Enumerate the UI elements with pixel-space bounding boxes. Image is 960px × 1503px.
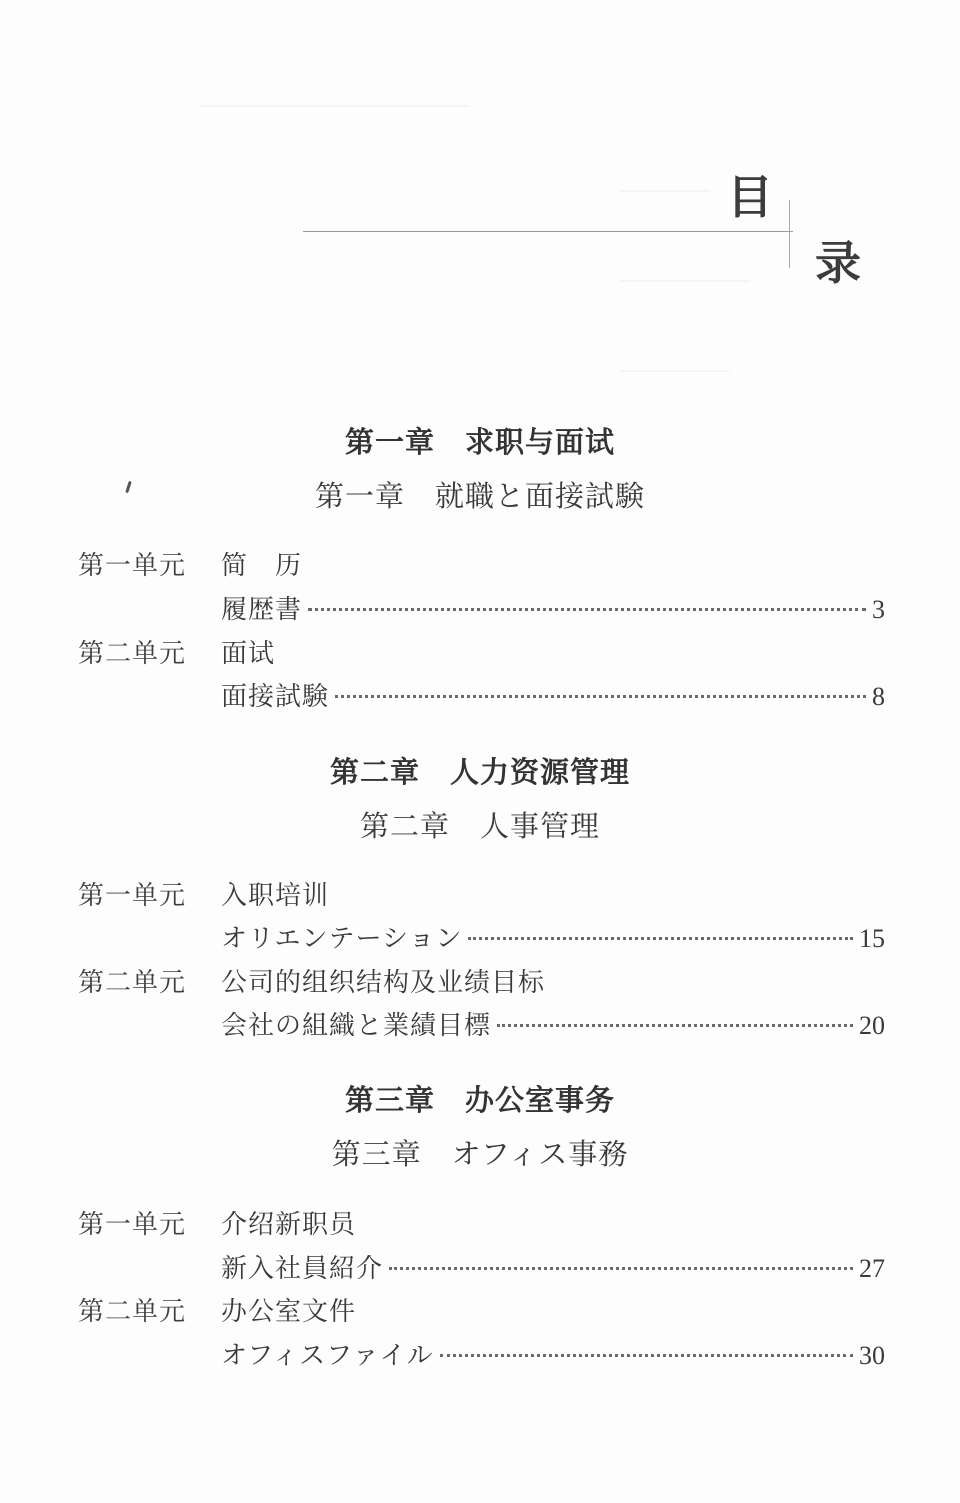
chapter-2-heading-jp: 第二章人事管理 (0, 804, 960, 845)
chapter-number: 第二章 (330, 755, 420, 789)
dot-leader (440, 1354, 853, 1357)
chapter-title: 求职与面试 (465, 425, 615, 459)
bleed-through-mark (620, 370, 730, 372)
toc-entry[interactable]: オフィスファイル 30 (221, 1335, 885, 1372)
toc-entry[interactable]: 新入社員紹介 27 (221, 1248, 885, 1285)
chapter-1-heading-jp: 第一章就職と面接試験 (0, 474, 960, 515)
page-number: 8 (872, 682, 885, 712)
toc-entry[interactable]: 履歴書 3 (221, 589, 885, 626)
page-title-char-2: 录 (815, 240, 861, 286)
bleed-through-mark (620, 280, 750, 282)
dot-leader (468, 937, 853, 940)
title-divider-vertical (789, 200, 790, 268)
unit-label: 第二单元 (78, 1291, 186, 1328)
chapter-title: 就職と面接試験 (435, 479, 645, 513)
bleed-through-mark (200, 105, 470, 107)
unit-title-jp: 履歴書 (221, 589, 302, 626)
unit-title-cn: 入职培训 (221, 875, 329, 912)
unit-title-jp: オフィスファイル (221, 1335, 434, 1372)
unit-title-jp: 面接試験 (221, 676, 329, 713)
chapter-2-heading-cn: 第二章人力资源管理 (0, 750, 960, 791)
page-title-char-1: 目 (727, 174, 773, 220)
unit-title-cn: 面试 (221, 633, 275, 670)
toc-entry[interactable]: オリエンテーション 15 (221, 918, 885, 955)
page-number: 15 (859, 924, 885, 954)
page-number: 30 (859, 1341, 885, 1371)
chapter-number: 第一章 (345, 425, 435, 459)
unit-label: 第一单元 (78, 545, 186, 582)
dot-leader (308, 608, 866, 611)
title-divider-horizontal (303, 231, 793, 232)
unit-label: 第一单元 (78, 1204, 186, 1241)
chapter-title: 人事管理 (480, 809, 600, 843)
dot-leader (335, 695, 866, 698)
chapter-title: 人力资源管理 (450, 755, 630, 789)
page-number: 3 (872, 595, 885, 625)
unit-title-cn: 简 历 (221, 545, 302, 582)
chapter-number: 第三章 (332, 1137, 422, 1171)
toc-page: 目 录 第一章求职与面试 第一章就職と面接試験 第一单元 简 历 履歴書 3 第… (0, 0, 960, 1503)
unit-title-jp: 新入社員紹介 (221, 1248, 383, 1285)
chapter-title: オフィス事務 (452, 1137, 629, 1171)
unit-title-jp: 会社の組織と業績目標 (221, 1005, 491, 1042)
dot-leader (389, 1267, 853, 1270)
page-number: 20 (859, 1011, 885, 1041)
toc-entry[interactable]: 会社の組織と業績目標 20 (221, 1005, 885, 1042)
unit-title-jp: オリエンテーション (221, 918, 462, 955)
chapter-title: 办公室事务 (465, 1083, 615, 1117)
unit-title-cn: 办公室文件 (221, 1291, 356, 1328)
chapter-number: 第三章 (345, 1083, 435, 1117)
bleed-through-mark (620, 190, 710, 192)
chapter-1-heading-cn: 第一章求职与面试 (0, 420, 960, 461)
unit-title-cn: 公司的组织结构及业绩目标 (221, 962, 545, 999)
unit-label: 第一单元 (78, 875, 186, 912)
chapter-number: 第二章 (360, 809, 450, 843)
dot-leader (497, 1024, 853, 1027)
unit-title-cn: 介绍新职员 (221, 1204, 356, 1241)
unit-label: 第二单元 (78, 633, 186, 670)
unit-label: 第二单元 (78, 962, 186, 999)
chapter-3-heading-jp: 第三章オフィス事務 (0, 1132, 960, 1173)
page-number: 27 (859, 1254, 885, 1284)
chapter-3-heading-cn: 第三章办公室事务 (0, 1078, 960, 1119)
toc-entry[interactable]: 面接試験 8 (221, 676, 885, 713)
chapter-number: 第一章 (315, 479, 405, 513)
